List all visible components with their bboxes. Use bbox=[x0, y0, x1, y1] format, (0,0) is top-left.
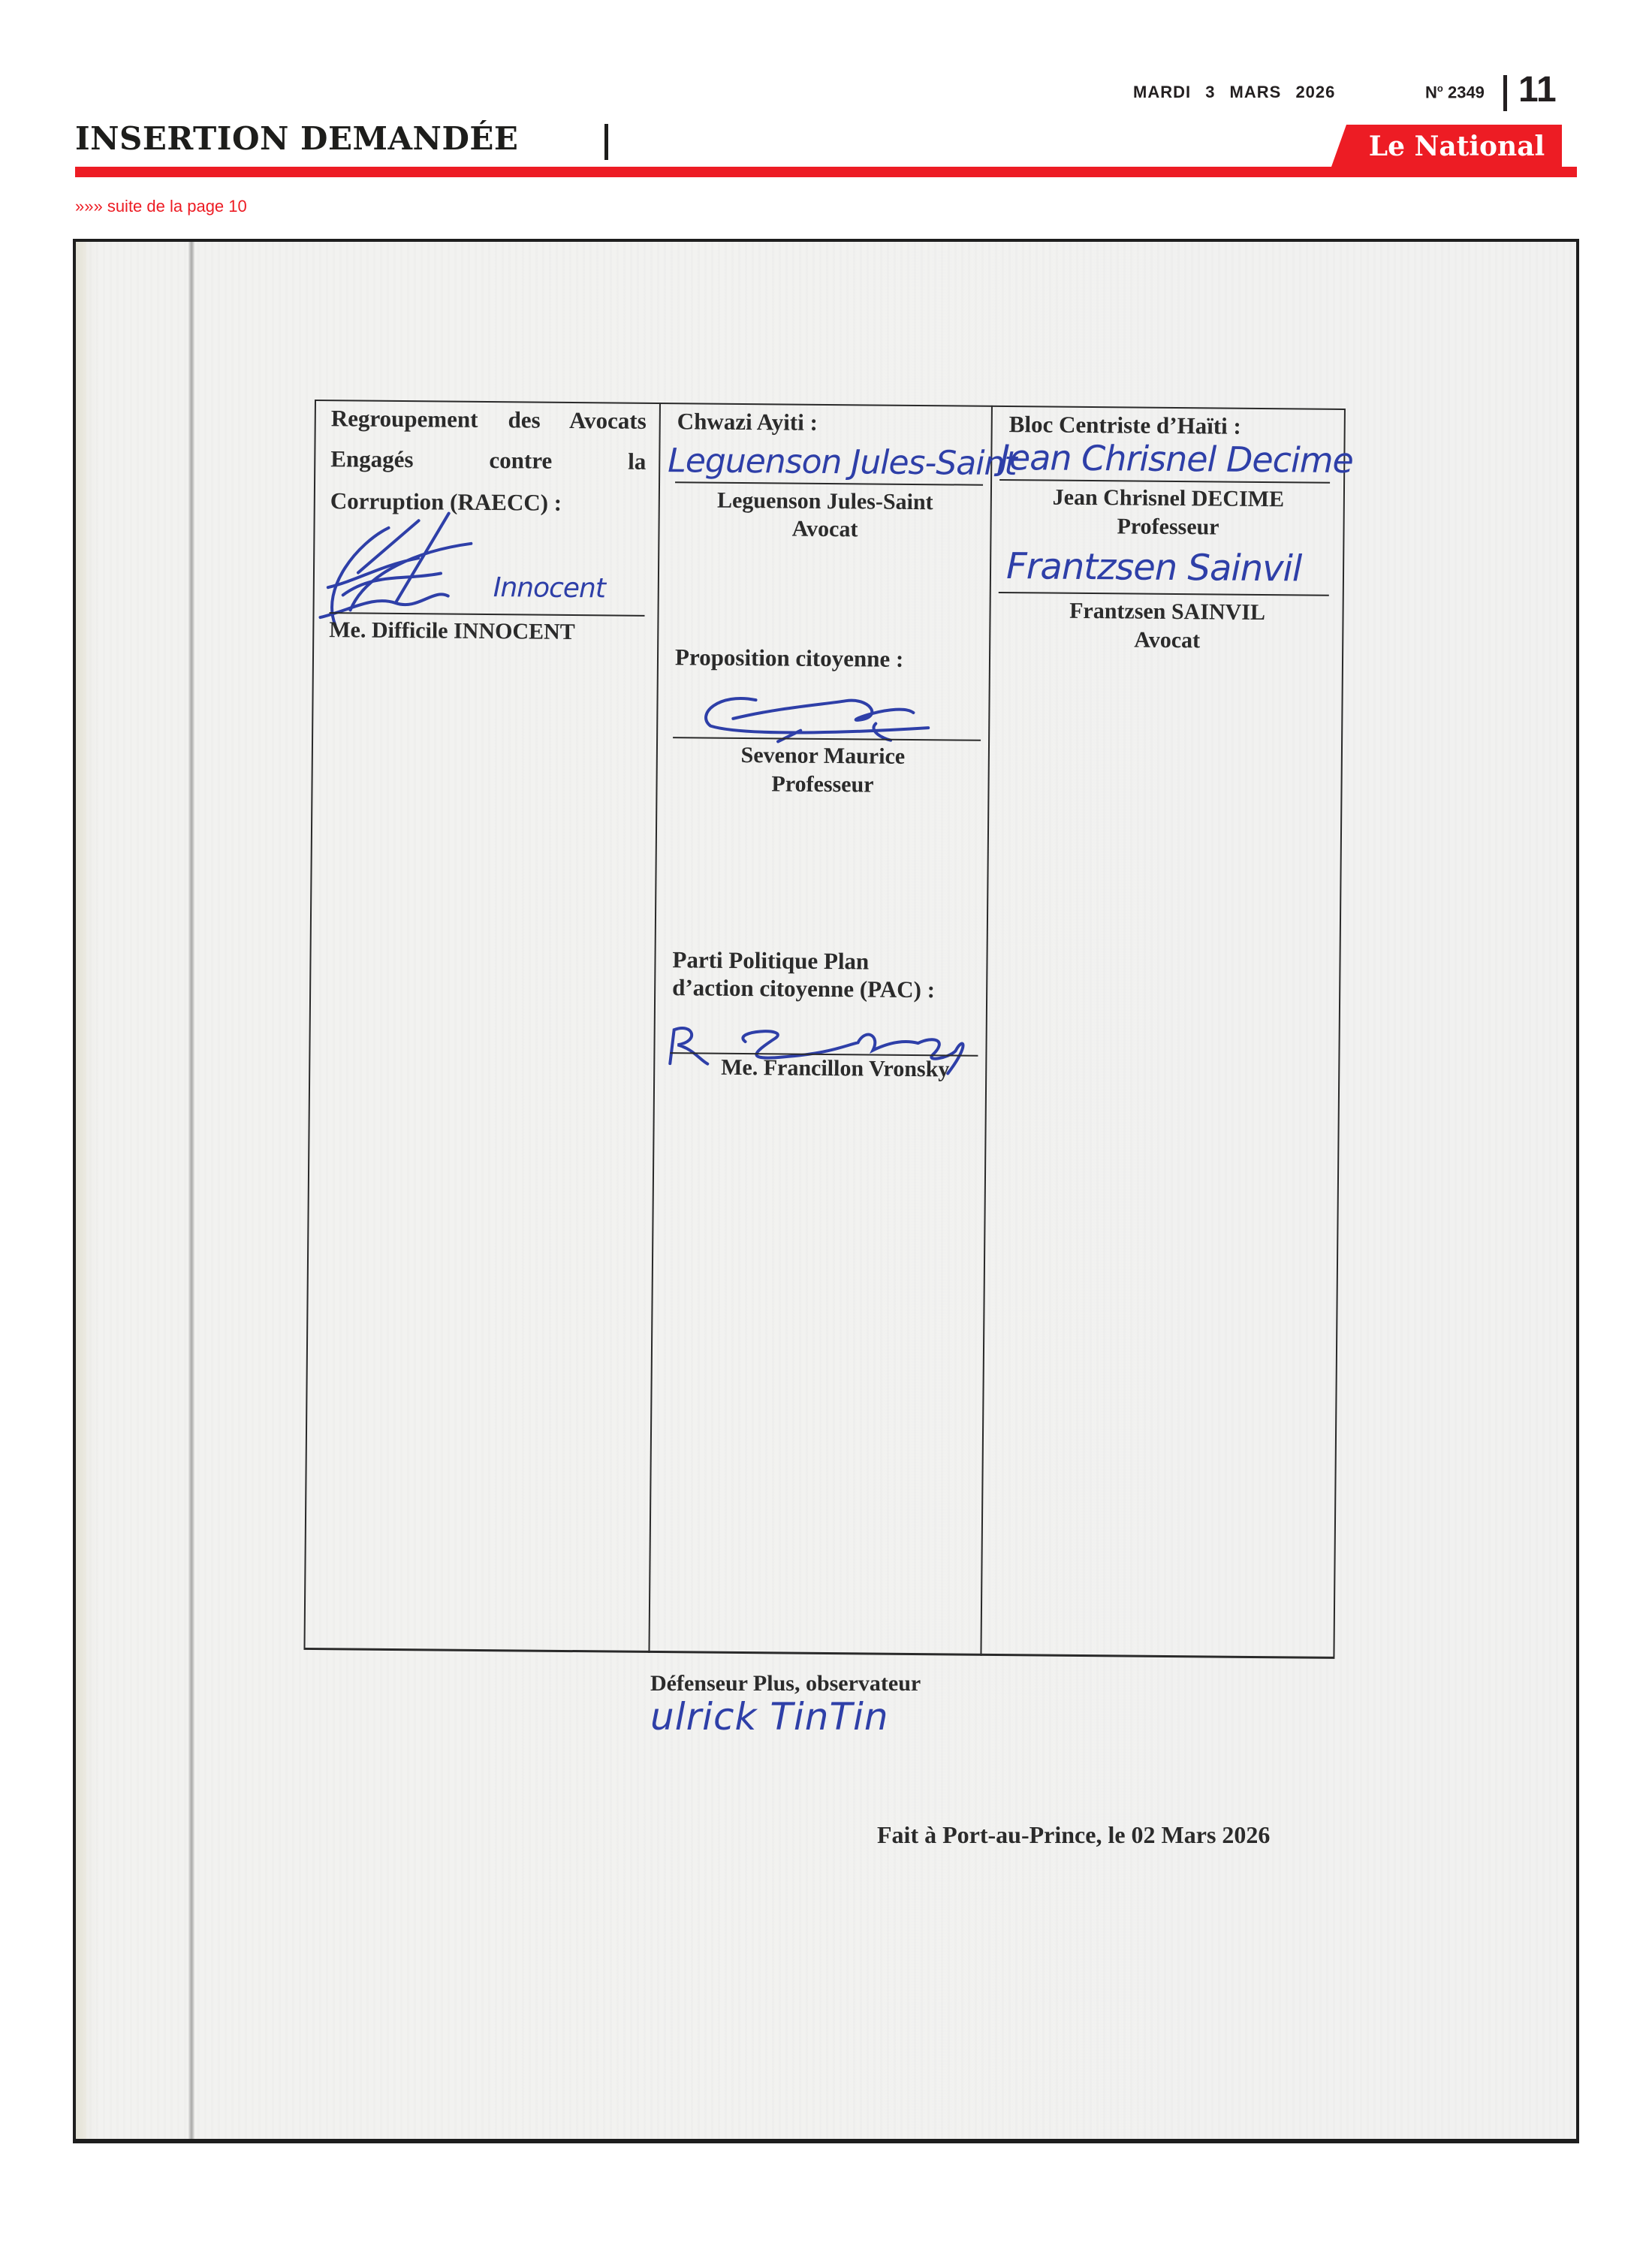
issue-number: No 2349 bbox=[1425, 83, 1485, 102]
page-spine-shadow bbox=[188, 242, 194, 2139]
page-number: 11 bbox=[1518, 69, 1557, 110]
observer-handwritten-signature: ulrick TinTin bbox=[650, 1695, 889, 1739]
issue-number-value: 2349 bbox=[1448, 83, 1485, 101]
section-separator bbox=[604, 124, 608, 160]
organization-name: Proposition citoyenne : bbox=[675, 644, 904, 672]
signatory-name: Jean Chrisnel DECIME bbox=[992, 484, 1345, 513]
header-rule bbox=[75, 167, 1577, 177]
signatory-name: Sevenor Maurice bbox=[658, 742, 988, 771]
signatory-title: Avocat bbox=[659, 515, 990, 544]
signatory-title: Professeur bbox=[657, 771, 987, 799]
place-and-date: Fait à Port-au-Prince, le 02 Mars 2026 bbox=[877, 1821, 1270, 1849]
scanned-document: Regroupement des Avocats Engagés contre … bbox=[73, 239, 1579, 2143]
signatory-title: Professeur bbox=[991, 513, 1344, 541]
signatures-table: Regroupement des Avocats Engagés contre … bbox=[303, 400, 1345, 1659]
issue-date: MARDI 3 MARS 2026 bbox=[1133, 83, 1335, 102]
organization-name: Chwazi Ayiti : bbox=[677, 409, 818, 436]
organization-name: Engagés contre la bbox=[330, 446, 646, 475]
section-title: INSERTION DEMANDÉE bbox=[75, 120, 518, 157]
signatory-cell-raecc: Regroupement des Avocats Engagés contre … bbox=[303, 400, 659, 1653]
organization-name: Parti Politique Plan bbox=[672, 947, 869, 974]
handwritten-signature: Jean Chrisnel Decime bbox=[999, 437, 1353, 481]
continued-from-link[interactable]: »»» suite de la page 10 bbox=[75, 197, 247, 216]
issue-prefix: N bbox=[1425, 83, 1437, 101]
signatory-cell-bch: Bloc Centriste d’Haïti : Jean Chrisnel D… bbox=[981, 406, 1346, 1659]
handwritten-signature: Leguenson Jules-Saint bbox=[668, 442, 1017, 483]
signatory-name: Frantzsen SAINVIL bbox=[990, 598, 1343, 626]
issue-sup: o bbox=[1437, 83, 1443, 94]
handwritten-signature: Innocent bbox=[493, 572, 606, 604]
signatory-name: Leguenson Jules-Saint bbox=[660, 487, 990, 516]
signatory-name: Me. Difficile INNOCENT bbox=[329, 617, 575, 645]
signatory-cell-middle: Chwazi Ayiti : Leguenson Jules-Saint Leg… bbox=[650, 403, 991, 1656]
observer-label: Défenseur Plus, observateur bbox=[650, 1671, 921, 1697]
organization-name: Regroupement des Avocats bbox=[331, 406, 647, 434]
organization-name: d’action citoyenne (PAC) : bbox=[672, 975, 935, 1003]
scan-edge bbox=[76, 242, 86, 2139]
organization-name: Bloc Centriste d’Haïti : bbox=[1009, 412, 1241, 439]
signatory-name: Me. Francillon Vronsky bbox=[685, 1054, 985, 1082]
brand-logo: Le National bbox=[1355, 131, 1558, 162]
signature-line bbox=[999, 592, 1329, 596]
masthead-separator bbox=[1503, 75, 1507, 111]
signatory-title: Avocat bbox=[990, 626, 1343, 655]
handwritten-signature: Frantzsen Sainvil bbox=[1006, 545, 1302, 590]
